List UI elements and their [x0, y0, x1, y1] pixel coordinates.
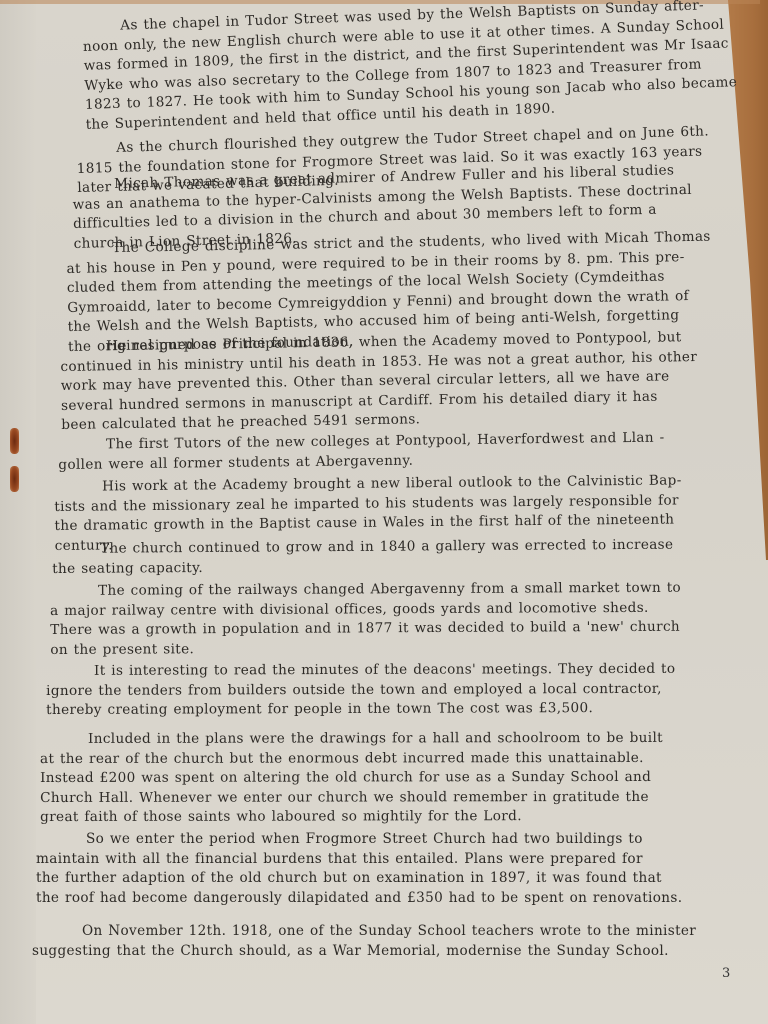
text-line: The coming of the railways changed Aberg… [50, 579, 681, 602]
text-line: maintain with all the financial burdens … [36, 850, 682, 870]
text-line: the further adaption of the old church b… [36, 869, 682, 889]
text-line: There was a growth in population and in … [50, 618, 681, 641]
text-line: Church Hall. Whenever we enter our churc… [40, 788, 663, 809]
text-line: great faith of those saints who laboured… [40, 807, 663, 828]
text-line: on the present site. [50, 637, 681, 660]
paragraph: On November 12th. 1918, one of the Sunda… [32, 922, 696, 961]
document-page: As the chapel in Tudor Street was used b… [0, 0, 768, 1024]
text-line: the roof had become dangerously dilapida… [36, 889, 682, 909]
text-line: at the rear of the church but the enormo… [40, 749, 663, 770]
paragraph: The first Tutors of the new colleges at … [58, 429, 665, 476]
text-line: the seating capacity. [52, 555, 673, 579]
paragraph: He resigned as Principal in 1836, when t… [60, 328, 698, 436]
paragraph: The coming of the railways changed Aberg… [50, 579, 681, 661]
text-line: suggesting that the Church should, as a … [32, 942, 696, 962]
text-line: It is interesting to read the minutes of… [46, 660, 675, 682]
text-line: ignore the tenders from builders outside… [46, 679, 675, 701]
text-line: Included in the plans were the drawings … [40, 729, 663, 750]
text-line: thereby creating employment for people i… [46, 699, 675, 721]
page-number: 3 [722, 966, 730, 981]
paragraph: Included in the plans were the drawings … [40, 729, 663, 828]
text-line: Instead £200 was spent on altering the o… [40, 768, 663, 789]
paragraph: As the chapel in Tudor Street was used b… [82, 0, 738, 135]
text-line: On November 12th. 1918, one of the Sunda… [32, 922, 696, 942]
text-line: So we enter the period when Frogmore Str… [36, 830, 682, 850]
paragraph: The church continued to grow and in 1840… [52, 536, 674, 580]
paragraph: So we enter the period when Frogmore Str… [36, 830, 682, 908]
paragraph: It is interesting to read the minutes of… [46, 660, 676, 721]
